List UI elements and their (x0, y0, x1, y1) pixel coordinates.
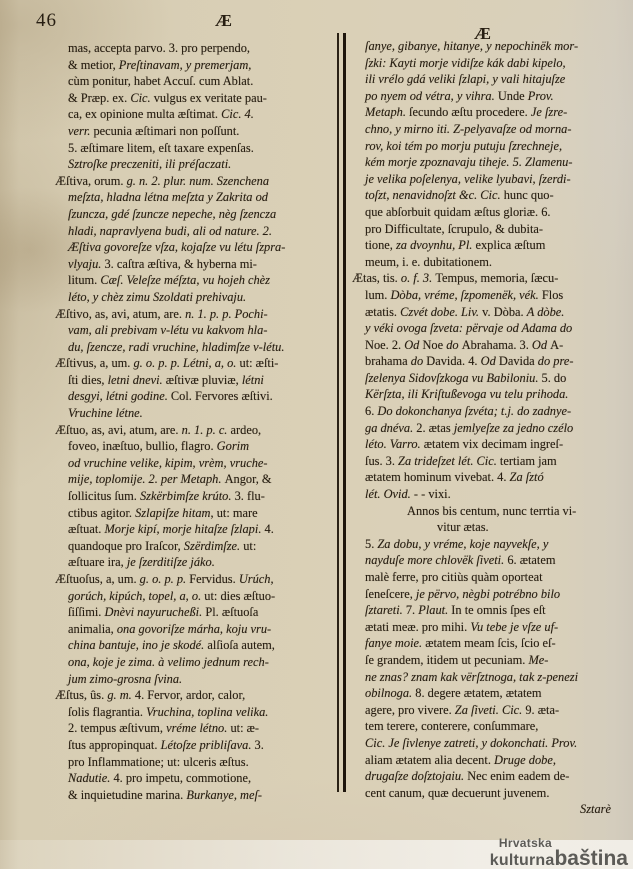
text-line: tem terere, conterere, conſummare, (352, 718, 625, 735)
text-line: toſzt, nenavidnoſzt &c. Cic. hunc quo- (352, 187, 625, 204)
text-line: jum zimo-grosna ſvina. (55, 671, 339, 688)
text-line: fanye moie. ætatem meam ſcis, ſcio eſ- (352, 635, 625, 652)
text-line: pro Inflammatione; ut: ulceris æſtus. (55, 754, 339, 771)
text-line: agere, pro vivere. Za ſiveti. Cic. 9. æt… (352, 702, 625, 719)
text-line: chno, y mirno iti. Z-pelyavaſze od morna… (352, 121, 625, 138)
text-line: china bantuje, ino je skodé. alſioſa aut… (55, 637, 339, 654)
text-line: ili vrélo gdá veliki ſzlapi, y vali hita… (352, 71, 625, 88)
text-line: Metaph. ſecundo æſtu procedere. Je ſzre- (352, 104, 625, 121)
text-line: obilnoga. 8. degere ætatem, ætatem (352, 685, 625, 702)
text-line: ætatis. Czvét dobe. Liv. v. Dòba. A dòbe… (352, 304, 625, 321)
text-line: desgyi, létni godine. Col. Fervores æſti… (55, 388, 339, 405)
left-text-column: mas, accepta parvo. 3. pro perpendo,& me… (55, 40, 339, 803)
text-line: lum. Dòba, vréme, ſzpomenëk, vék. Flos (352, 287, 625, 304)
text-line: ſiſſimi. Dnèvi nayurucheßi. Pl. æſtuoſa (55, 604, 339, 621)
text-line: po nyem od vétra, y vihra. Unde Prov. (352, 88, 625, 105)
text-line: hladi, napravlyena budi, ali od nature. … (55, 223, 339, 240)
text-line: quandoque pro Iraſcor, Szërdimſze. ut: (55, 538, 339, 555)
text-line: Kërſzta, ili Kriſtußevoga vu telu prihod… (352, 386, 625, 403)
text-line: ona, koje je zima. à velimo jednum rech- (55, 654, 339, 671)
text-line: ſztareti. 7. Plaut. In te omnis ſpes eſt (352, 602, 625, 619)
text-line: du, ſzencze, radi vruchine, hladimſze v-… (55, 339, 339, 356)
watermark-kulturna: kulturna (490, 852, 555, 869)
text-line: vitur ætas. (352, 519, 625, 536)
text-line: vlyaju. 3. caſtra æſtiva, & hyberna mi- (55, 256, 339, 273)
text-line: ſeneſcere, je përvo, nègbi potrébno bilo (352, 586, 625, 603)
text-line: brahama do Davida. 4. Od Davida do pre- (352, 353, 625, 370)
scanned-book-page: 46 Æ Æ mas, accepta parvo. 3. pro perpen… (0, 0, 633, 869)
text-line: Æſtivo, as, avi, atum, are. n. 1. p. p. … (55, 306, 339, 323)
text-line: que abſorbuit quidam æſtus gloriæ. 6. (352, 204, 625, 221)
text-line: Æſtiva, orum. g. n. 2. plur. num. Szench… (55, 173, 339, 190)
text-line: ca, ex opinione multa æſtimat. Cic. 4. (55, 106, 339, 123)
text-line: animalia, ona govoriſze márha, koju vru- (55, 621, 339, 638)
text-line: cùm ponitur, habet Accuſ. cum Ablat. (55, 73, 339, 90)
text-line: Annos bis centum, nunc terrtia vi- (352, 503, 625, 520)
text-line: 6. Do dokonchanya ſzvéta; t.j. do zadnye… (352, 403, 625, 420)
text-line: aliam ætatem alia decent. Druge dobe, (352, 752, 625, 769)
text-line: & metior, Preſtinavam, y premerjam, (55, 57, 339, 74)
text-line: meſzta, hladna létna meſzta y Zakrita od (55, 189, 339, 206)
watermark-bastina: baština (554, 847, 628, 869)
text-line: ctibus agitor. Szlapiſze hitam, ut: mare (55, 505, 339, 522)
text-line: ſollicitus ſum. Szkërbimſze krúto. 3. fl… (55, 488, 339, 505)
watermark-line2: kulturnabaština (490, 849, 628, 869)
text-line: od vruchine velike, kipim, vrèm, vruche- (55, 455, 339, 472)
text-line: rov, koi tém po morju putuju ſzrechneje, (352, 138, 625, 155)
text-line: 5. Za dobu, y vréme, koje nayvekſe, y (352, 536, 625, 553)
text-line: 5. æſtimare litem, eſt taxare expenſas. (55, 140, 339, 157)
text-line: ſtus appropinquat. Létoſze pribliſava. 3… (55, 737, 339, 754)
text-line: Vruchine létne. (55, 405, 339, 422)
text-line: nayduſe more chlovëk ſiveti. 6. ætatem (352, 552, 625, 569)
text-line: Ætas, tis. o. f. 3. Tempus, memoria, ſæc… (352, 270, 625, 287)
text-line: ſzelenya Sidovſzkoga vu Babiloniu. 5. do (352, 370, 625, 387)
right-text-column: ſanye, gibanye, hitanye, y nepochinëk mo… (352, 38, 625, 818)
text-line: Æſtuo, as, avi, atum, are. n. 1. p. c. a… (55, 422, 339, 439)
text-line: ſzki: Kayti morje vidiſze kák dabi kipel… (352, 55, 625, 72)
text-line: léto, y chèz zimu Szoldati prehivaju. (55, 289, 339, 306)
text-line: verr. pecunia æſtimari non poſſunt. (55, 123, 339, 140)
text-line: ætati meæ. pro mihi. Vu tebe je vſze uf- (352, 619, 625, 636)
text-line: ſus. 3. Za trideſzet lét. Cic. tertiam j… (352, 453, 625, 470)
text-line: Sztarè (352, 801, 625, 818)
text-line: kém morje zpoznavaju tiheje. 5. Zlamenu- (352, 154, 625, 171)
text-line: ga dnéva. 2. ætas jemlyeſze za jedno czé… (352, 420, 625, 437)
text-line: Sztroſke preczeniti, ili préſaczati. (55, 156, 339, 173)
text-line: 2. tempus æſtivum, vréme létno. ut: æ- (55, 720, 339, 737)
column-header-left: Æ (215, 11, 232, 31)
text-line: y véki ovoga ſzveta: përvaje od Adama do (352, 320, 625, 337)
text-line: Æſtuoſus, a, um. g. o. p. p. Fervidus. U… (55, 571, 339, 588)
text-line: litum. Cæſ. Veleſze méſzta, vu hojeh chè… (55, 272, 339, 289)
text-line: Æſtus, ûs. g. m. 4. Fervor, ardor, calor… (55, 687, 339, 704)
text-line: Æſtiva govoreſze vſza, kojaſze vu létu ſ… (55, 239, 339, 256)
text-line: gorúch, kipúch, topel, a, o. ut: dies æſ… (55, 588, 339, 605)
text-line: ætatem hominum vivebat. 4. Za ſztó (352, 469, 625, 486)
text-line: ſzuncza, gdé ſzuncze nepeche, nèg ſzencz… (55, 206, 339, 223)
text-line: malè ferre, pro citiùs quàm oporteat (352, 569, 625, 586)
text-line: Æſtivus, a, um. g. o. p. p. Létni, a, o.… (55, 355, 339, 372)
text-line: meum, i. e. dubitationem. (352, 254, 625, 271)
text-line: ſti dies, letni dnevi. æſtivæ pluviæ, lé… (55, 372, 339, 389)
text-line: mije, toplomije. 2. per Metaph. Angor, & (55, 471, 339, 488)
text-line: ſanye, gibanye, hitanye, y nepochinëk mo… (352, 38, 625, 55)
watermark-line1: Hrvatska (490, 838, 552, 849)
text-line: æſtuare ira, je ſzerditiſze jáko. (55, 554, 339, 571)
text-line: mas, accepta parvo. 3. pro perpendo, (55, 40, 339, 57)
text-line: drugaſze doſztojaiu. Nec enim eadem de- (352, 768, 625, 785)
page-number: 46 (36, 10, 57, 32)
text-line: lét. Ovid. - - vixi. (352, 486, 625, 503)
watermark: Hrvatska kulturnabaština (490, 838, 628, 869)
text-line: léto. Varro. ætatem vix decimam ingreſ- (352, 436, 625, 453)
text-line: Cic. Je ſivlenye zatreti, y dokonchati. … (352, 735, 625, 752)
text-line: vam, ali prebivam v-létu vu kakvom hla- (55, 322, 339, 339)
text-line: cent canum, quæ decuerunt juvenem. (352, 785, 625, 802)
text-line: tione, za dvoynhu, Pl. explica æſtum (352, 237, 625, 254)
text-line: Noe. 2. Od Noe do Abrahama. 3. Od A- (352, 337, 625, 354)
text-line: ne znas? znam kak vërſztnoga, tak z-pene… (352, 669, 625, 686)
text-line: pro Difficultate, ſcrupulo, & dubita- (352, 221, 625, 238)
text-line: æſtuat. Morje kipí, morje hitaſze ſzlapi… (55, 521, 339, 538)
text-line: & inquietudine marina. Burkanye, meſ- (55, 787, 339, 804)
text-line: ſe grandem, itidem ut pecuniam. Me- (352, 652, 625, 669)
text-line: foveo, inæſtuo, bullio, flagro. Gorim (55, 438, 339, 455)
text-line: ſolis flagrantia. Vruchina, toplina veli… (55, 704, 339, 721)
text-line: je velika poſelenya, velike lyubavi, ſze… (352, 171, 625, 188)
text-line: Nadutie. 4. pro impetu, commotione, (55, 770, 339, 787)
text-line: & Præp. ex. Cic. vulgus ex veritate pau- (55, 90, 339, 107)
